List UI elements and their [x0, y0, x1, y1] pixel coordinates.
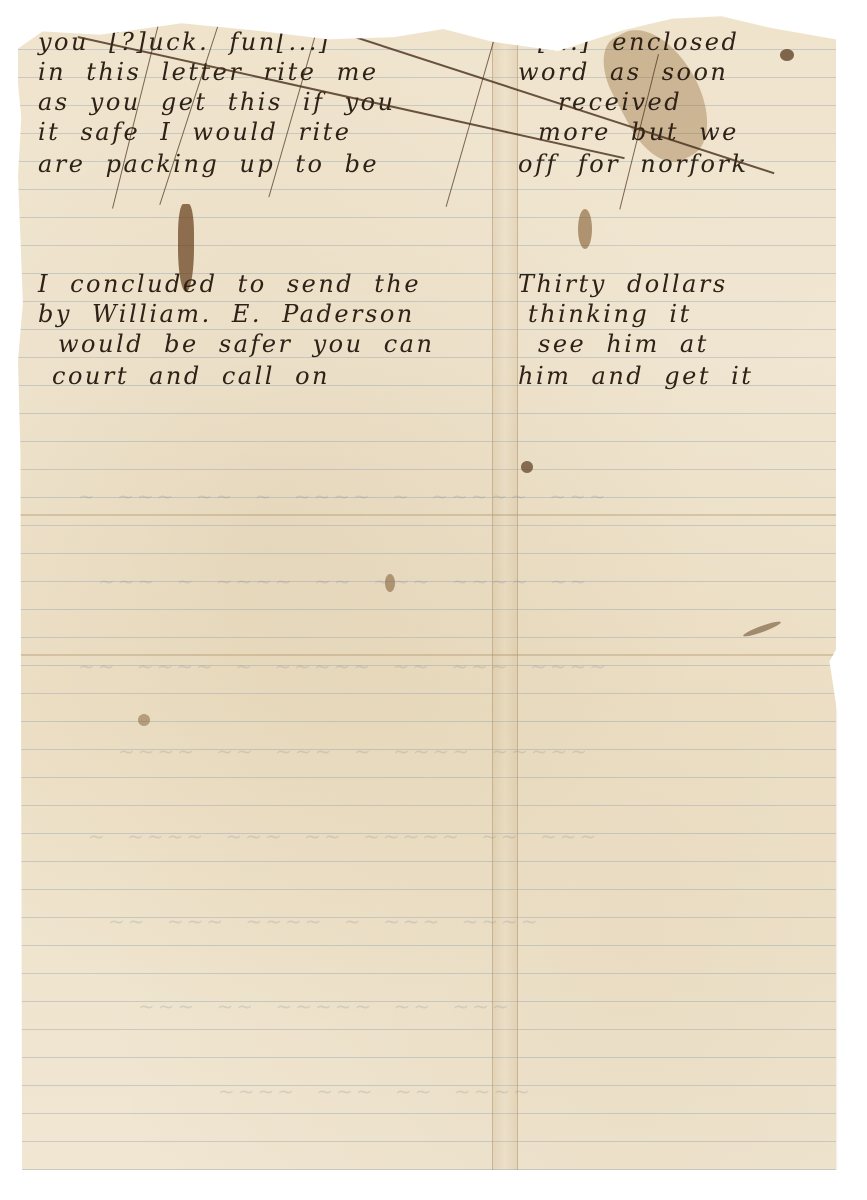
handwritten-line: would be safer you can: [58, 330, 434, 358]
handwritten-line: it safe I would rite: [38, 118, 352, 146]
handwritten-line: are packing up to be: [38, 150, 379, 178]
handwritten-line: him and get it: [518, 362, 753, 390]
handwritten-line: as you get this if you: [38, 88, 396, 116]
handwritten-line: see him at: [538, 330, 709, 358]
handwritten-line: [...] enclosed: [538, 28, 739, 56]
handwritten-line: court and call on: [52, 362, 330, 390]
letter-page: you [?]uck. fun[...] [...] enclosed in t…: [18, 14, 836, 1170]
handwritten-line: received: [558, 88, 682, 116]
handwritten-line: in this letter rite me: [38, 58, 379, 86]
handwritten-line: by William. E. Paderson: [38, 300, 415, 328]
handwritten-line: I concluded to send the: [38, 270, 421, 298]
handwritten-line: word as soon: [518, 58, 728, 86]
handwritten-line: thinking it: [528, 300, 692, 328]
handwritten-line: Thirty dollars: [518, 270, 728, 298]
handwritten-line: you [?]uck. fun[...]: [38, 28, 331, 56]
horizontal-fold-crease: [18, 514, 836, 516]
